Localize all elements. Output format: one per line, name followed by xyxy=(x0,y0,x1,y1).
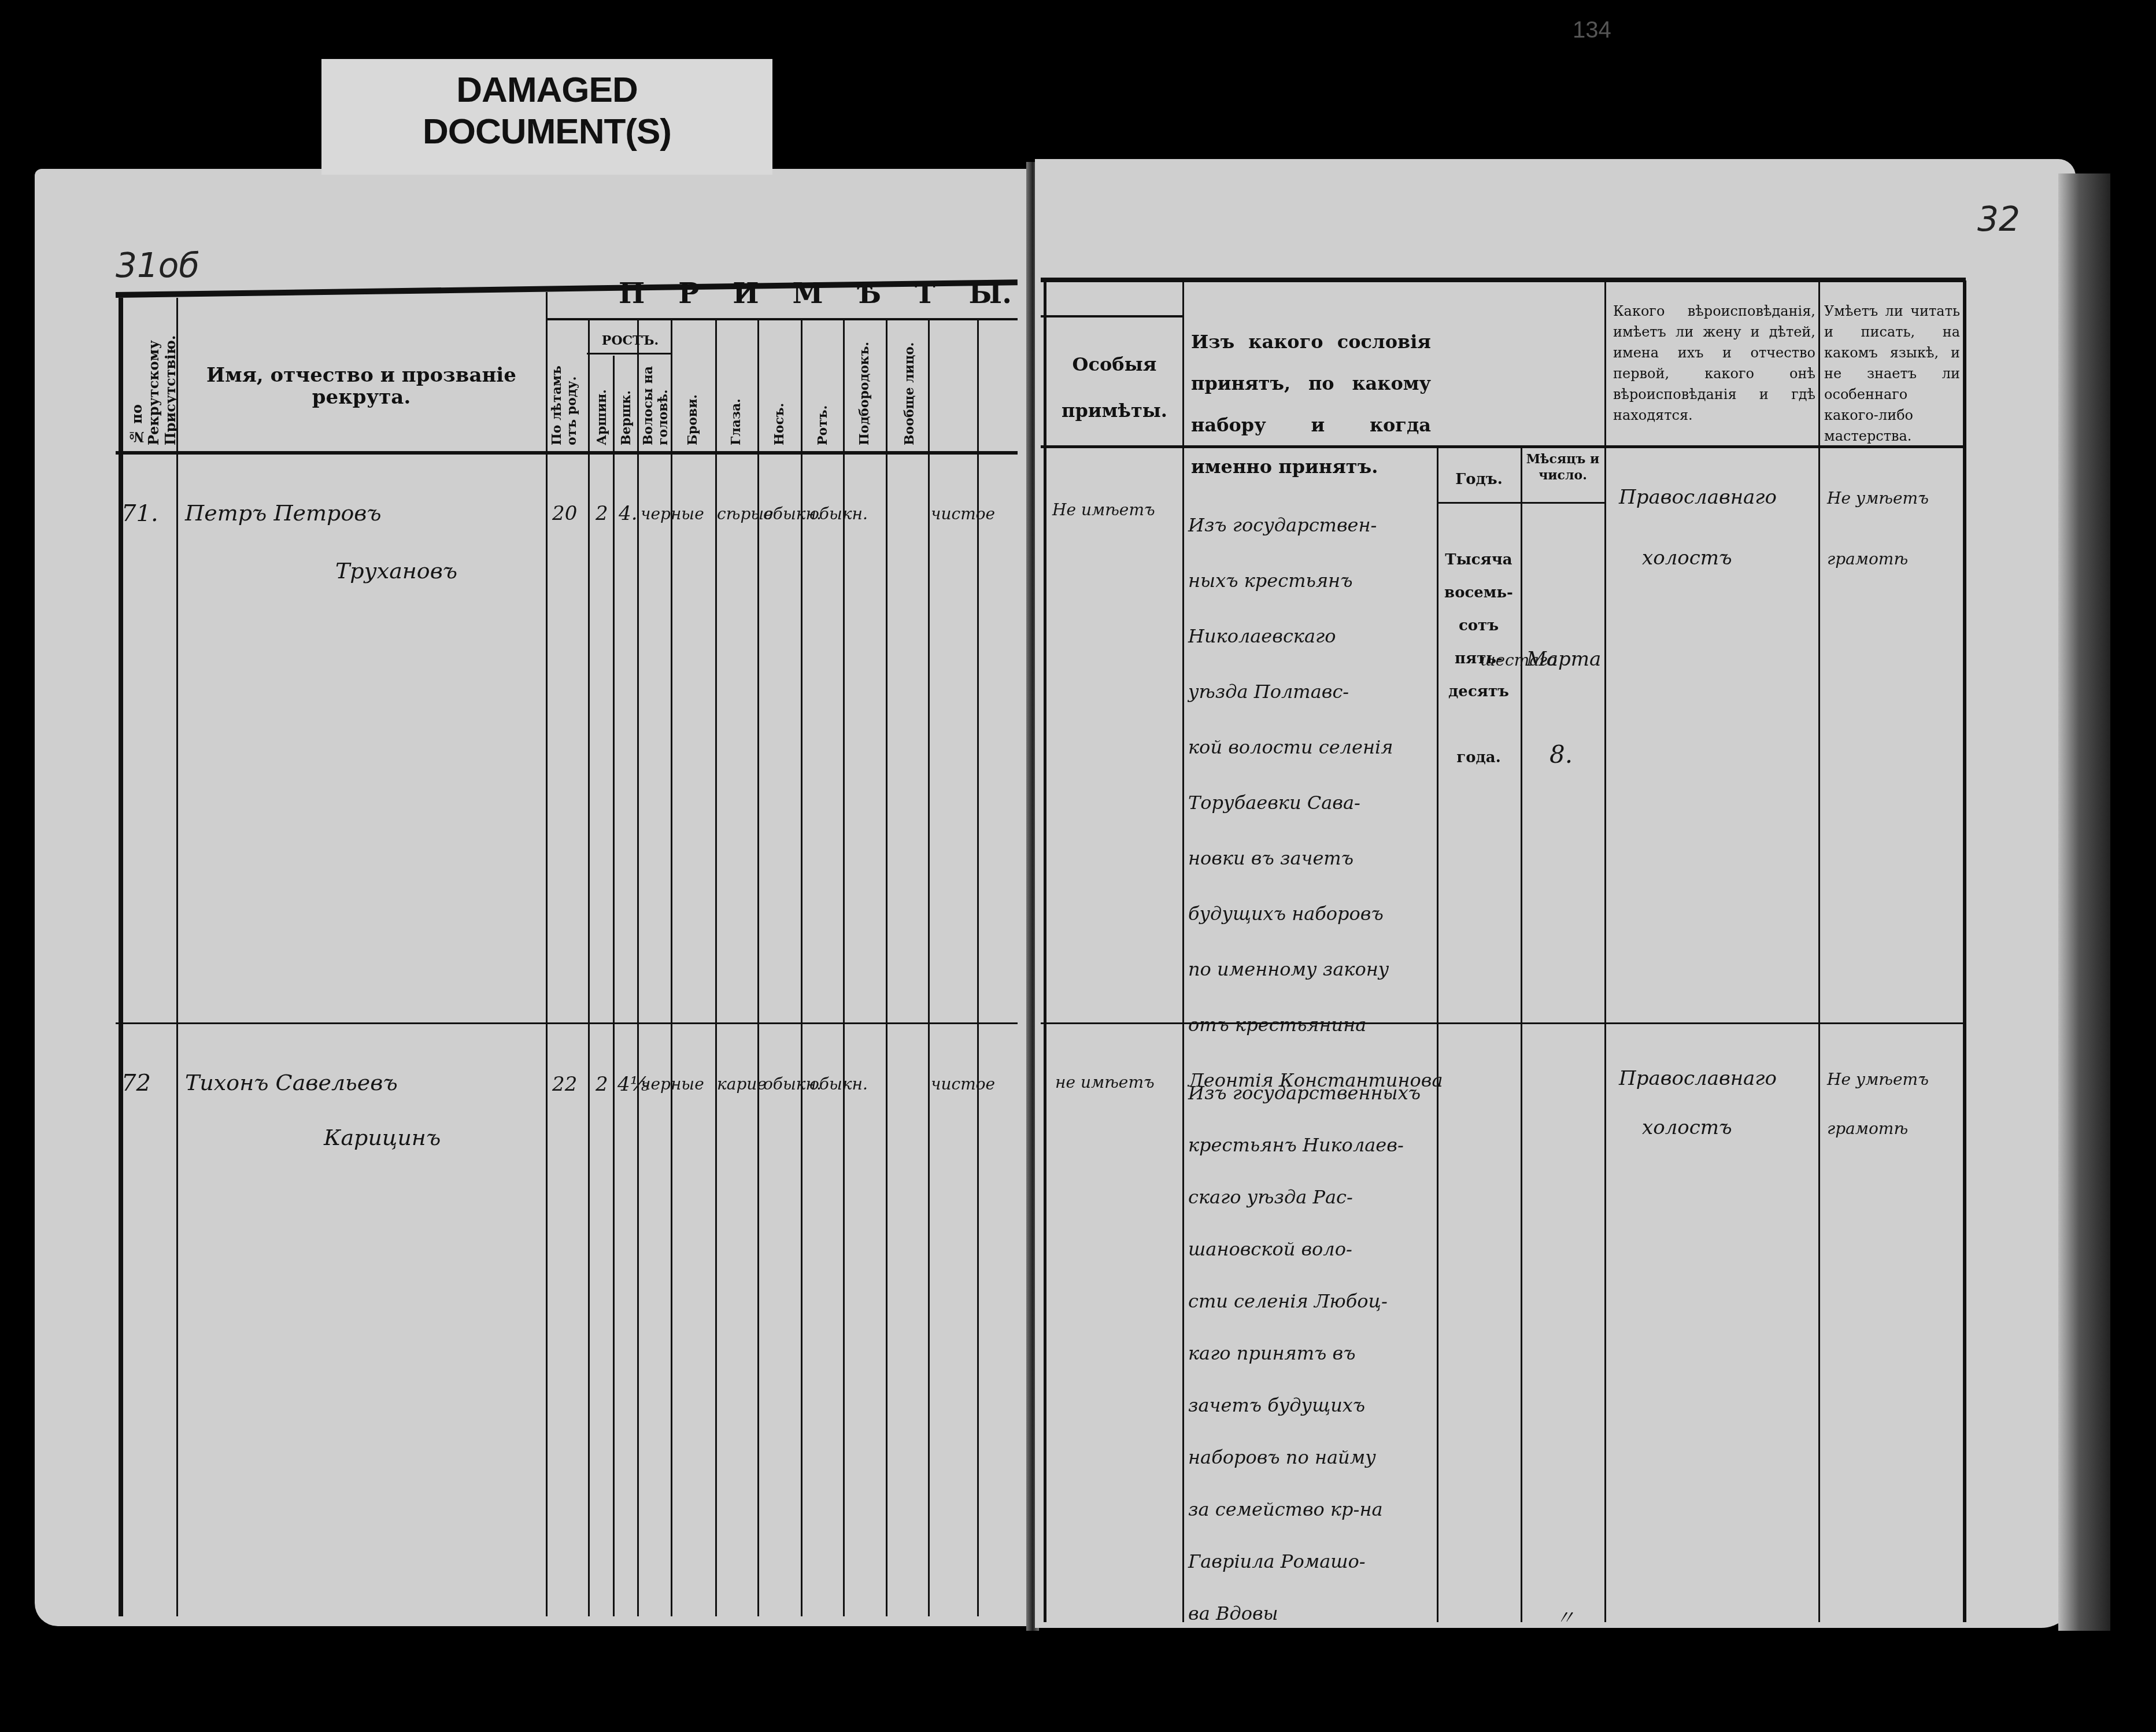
header-special: Особыя примѣты. xyxy=(1049,341,1179,434)
signs-rule xyxy=(546,318,1018,320)
signs-letter: Ѣ xyxy=(857,278,881,310)
origin-line: сти селенія Любоц- xyxy=(1188,1275,1421,1327)
row-number: 72 xyxy=(121,1070,151,1096)
page-edge-stack xyxy=(2058,173,2110,1631)
signs-letter: П xyxy=(619,278,645,310)
recruit-name: Петръ Петровъ xyxy=(185,500,382,526)
month-ditto: 〃 xyxy=(1555,1602,1575,1630)
right-folio-number: 32 xyxy=(1977,200,2020,239)
special-marks: Не имѣетъ xyxy=(1052,500,1155,519)
header-mouth: Ротъ. xyxy=(815,382,830,445)
signs-letter: Ы. xyxy=(969,278,1012,310)
header-face: Вообще лицо. xyxy=(902,330,917,445)
col-divider xyxy=(546,292,548,1616)
stamp-line-2: DOCUMENT(S) xyxy=(321,111,772,153)
year-word: восемь- xyxy=(1440,577,1518,610)
literacy-detail: грамотѣ xyxy=(1827,1119,1908,1138)
header-signs-group: П Р И М Ѣ Т Ы. xyxy=(619,278,1012,310)
col-divider xyxy=(1818,280,1820,1622)
origin-line: ныхъ крестьянъ xyxy=(1188,553,1443,608)
origin-line: по именному закону xyxy=(1188,941,1443,997)
col-divider xyxy=(613,356,615,1616)
left-folio-number: 31об xyxy=(116,246,199,285)
vershok-value: 4. xyxy=(619,502,637,525)
origin-line: наборовъ по найму xyxy=(1188,1431,1421,1483)
special-marks: не имѣетъ xyxy=(1055,1073,1155,1092)
recruit-name: Тихонъ Савельевъ xyxy=(185,1070,398,1095)
origin-line: Изъ государствен- xyxy=(1188,497,1443,553)
col-divider xyxy=(176,298,178,1616)
header-origin: Изъ какого сословія принятъ, по какому н… xyxy=(1191,321,1431,488)
origin-line: Гавріила Ромашо- xyxy=(1188,1535,1421,1587)
row-number: 71. xyxy=(121,500,158,527)
origin-line: отъ крестьянина xyxy=(1188,997,1443,1053)
header-religion: Какого вѣроисповѣданія, имѣетъ ли жену и… xyxy=(1613,301,1815,426)
damaged-document-stamp: DAMAGED DOCUMENT(S) xyxy=(321,59,772,175)
signs-letter: Т xyxy=(915,278,935,310)
religion-value: Православнаго xyxy=(1619,1067,1777,1090)
face-value: чистое xyxy=(931,504,995,523)
signs-letter: М xyxy=(793,278,823,310)
header-bottom-rule xyxy=(116,451,1018,455)
col-divider xyxy=(1182,280,1184,1622)
origin-line: кой волости селенія xyxy=(1188,719,1443,775)
hair-value: черные xyxy=(641,1074,704,1094)
origin-line: ва Вдовы xyxy=(1188,1587,1421,1639)
table-right-border xyxy=(1963,280,1966,1622)
age-value: 20 xyxy=(552,502,577,525)
recruit-surname: Трухановъ xyxy=(335,558,457,584)
col-divider xyxy=(928,318,930,1616)
day-value: 8. xyxy=(1549,740,1573,769)
col-divider xyxy=(886,318,887,1616)
year-word: года. xyxy=(1440,741,1518,774)
year-word: Тысяча xyxy=(1440,544,1518,577)
origin-line: скаго уѣзда Рас- xyxy=(1188,1171,1421,1223)
origin-line: Торубаевки Сава- xyxy=(1188,775,1443,830)
religion-value: Православнаго xyxy=(1619,486,1777,509)
origin-line: шановской воло- xyxy=(1188,1223,1421,1275)
face-value: чистое xyxy=(931,1074,995,1094)
origin-text: Изъ государственныхъ крестьянъ Николаев-… xyxy=(1188,1067,1421,1639)
table-top-rule xyxy=(1041,278,1966,282)
origin-line: будущихъ наборовъ xyxy=(1188,886,1443,941)
col-divider xyxy=(1521,448,1522,1622)
month-value: Марта xyxy=(1526,648,1601,671)
col-divider xyxy=(1044,280,1046,1622)
col-divider xyxy=(588,318,590,1616)
origin-line: Изъ государственныхъ xyxy=(1188,1067,1421,1119)
header-chin: Подбородокъ. xyxy=(857,330,872,445)
origin-text: Изъ государствен- ныхъ крестьянъ Николае… xyxy=(1188,497,1443,1108)
header-literacy: Умѣетъ ли читать и писать, на какомъ язы… xyxy=(1824,301,1960,446)
mouth-value: обыкн. xyxy=(809,504,868,523)
hair-value: черные xyxy=(641,504,704,523)
origin-line: крестьянъ Николаев- xyxy=(1188,1119,1421,1171)
signs-letter: Р xyxy=(678,278,699,310)
literacy-value: Не умѣетъ xyxy=(1827,1070,1929,1089)
row-divider xyxy=(116,1022,1018,1024)
special-header-rule xyxy=(1041,315,1182,317)
header-vershok: Вершк. xyxy=(619,370,634,445)
year-word: десятъ xyxy=(1440,675,1518,708)
header-name: Имя, отчество и прозваніе рекрута. xyxy=(179,364,543,408)
origin-line: уѣзда Полтавс- xyxy=(1188,664,1443,719)
origin-line: каго принятъ въ xyxy=(1188,1327,1421,1379)
header-age: По лѣтамъ отъ роду. xyxy=(549,335,585,445)
faint-top-folio: 134 xyxy=(1573,17,1611,43)
mouth-value: обыкн. xyxy=(809,1074,868,1094)
eyes-value: карие xyxy=(717,1074,767,1094)
origin-line: за семейство кр-на xyxy=(1188,1483,1421,1535)
header-eyes: Глаза. xyxy=(728,382,744,445)
header-brows: Брови. xyxy=(685,382,700,445)
header-number: № по Рекрутскому Присутствію. xyxy=(128,306,169,445)
arshin-value: 2 xyxy=(596,502,608,525)
recruit-surname: Карицинъ xyxy=(324,1125,441,1150)
header-nose: Носъ. xyxy=(772,382,787,445)
arshin-value: 2 xyxy=(596,1073,608,1096)
literacy-detail: грамотѣ xyxy=(1827,549,1908,568)
age-value: 22 xyxy=(552,1073,577,1096)
signs-letter: И xyxy=(733,278,759,310)
row-divider xyxy=(1041,1022,1966,1024)
marital-status: холостъ xyxy=(1642,1116,1732,1139)
origin-line: Николаевскаго xyxy=(1188,608,1443,664)
origin-line: зачетъ будущихъ xyxy=(1188,1379,1421,1431)
header-year: Годъ. xyxy=(1438,468,1519,490)
header-month: Мѣсяцъ и число. xyxy=(1522,451,1603,483)
header-hair: Волосы на головѣ. xyxy=(641,330,670,445)
literacy-value: Не умѣетъ xyxy=(1827,489,1929,508)
stamp-line-1: DAMAGED xyxy=(321,69,772,111)
table-left-border xyxy=(119,298,123,1616)
col-divider xyxy=(1604,280,1606,1622)
header-arshin: Аршин. xyxy=(594,370,609,445)
marital-status: холостъ xyxy=(1642,546,1732,570)
origin-line: новки въ зачетъ xyxy=(1188,830,1443,886)
